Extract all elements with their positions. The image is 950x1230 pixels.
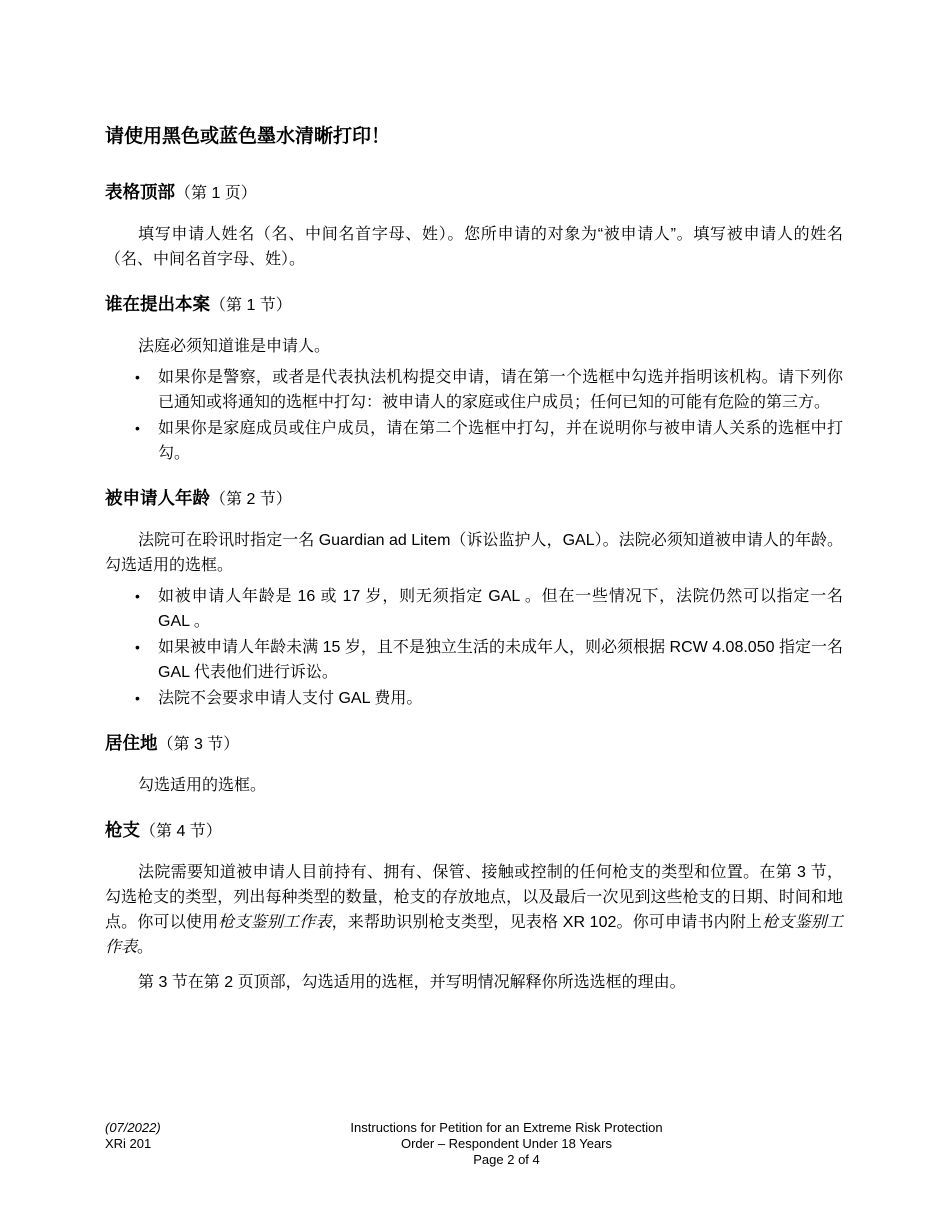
section-title-suffix: （第 1 节） <box>210 297 292 314</box>
section-residence: 居住地（第 3 节） 勾选适用的选框。 <box>105 731 843 798</box>
text-run: ，来帮助识别枪支类型，见表格 XR 102。你可申请书内附上 <box>332 914 763 931</box>
revision-date: (07/2022) <box>105 1120 270 1136</box>
section-respondent-age: 被申请人年龄（第 2 节） 法院可在聆讯时指定一名 Guardian ad Li… <box>105 486 843 711</box>
paragraph: 第 3 节在第 2 页顶部，勾选适用的选框，并写明情况解释你所选选框的理由。 <box>105 970 843 995</box>
list-item-text: 如被申请人年龄是 16 或 17 岁，则无须指定 GAL 。但在一些情况下，法院… <box>158 588 843 630</box>
section-heading: 谁在提出本案（第 1 节） <box>105 292 843 318</box>
section-heading: 居住地（第 3 节） <box>105 731 843 757</box>
list-item: •法院不会要求申请人支付 GAL 费用。 <box>105 686 843 711</box>
footer-form-info: (07/2022) XRi 201 <box>105 1120 270 1168</box>
footer-spacer <box>743 1120 843 1168</box>
form-number: XRi 201 <box>105 1136 270 1152</box>
section-title: 居住地 <box>105 733 158 753</box>
bullet-list: •如被申请人年龄是 16 或 17 岁，则无须指定 GAL 。但在一些情况下，法… <box>105 584 843 711</box>
main-heading: 请使用黑色或蓝色墨水清晰打印！ <box>105 124 843 150</box>
section-form-top: 表格顶部（第 1 页） 填写申请人姓名（名、中间名首字母、姓）。您所申请的对象为… <box>105 180 843 272</box>
paragraph: 法庭必须知道谁是申请人。 <box>105 334 843 359</box>
bullet-list: •如果你是警察，或者是代表执法机构提交申请，请在第一个选框中勾选并指明该机构。请… <box>105 365 843 466</box>
paragraph: 填写申请人姓名（名、中间名首字母、姓）。您所申请的对象为“被申请人”。填写被申请… <box>105 222 843 272</box>
footer-document-title: Instructions for Petition for an Extreme… <box>270 1120 743 1168</box>
bullet-icon: • <box>135 584 140 609</box>
section-title-suffix: （第 2 节） <box>210 491 292 508</box>
list-item: •如果你是家庭成员或住户成员，请在第二个选框中打勾，并在说明你与被申请人关系的选… <box>105 416 843 466</box>
list-item-text: 法院不会要求申请人支付 GAL 费用。 <box>158 690 422 707</box>
paragraph: 法院可在聆讯时指定一名 Guardian ad Litem（诉讼监护人，GAL）… <box>105 528 843 578</box>
footer-title-line1: Instructions for Petition for an Extreme… <box>270 1120 743 1136</box>
bullet-icon: • <box>135 416 140 441</box>
list-item: •如被申请人年龄是 16 或 17 岁，则无须指定 GAL 。但在一些情况下，法… <box>105 584 843 634</box>
list-item: •如果你是警察，或者是代表执法机构提交申请，请在第一个选框中勾选并指明该机构。请… <box>105 365 843 415</box>
section-title: 表格顶部 <box>105 182 175 202</box>
footer-title-line2: Order – Respondent Under 18 Years <box>270 1136 743 1152</box>
section-title: 被申请人年龄 <box>105 488 210 508</box>
list-item-text: 如果你是家庭成员或住户成员，请在第二个选框中打勾，并在说明你与被申请人关系的选框… <box>158 420 843 462</box>
page-footer: (07/2022) XRi 201 Instructions for Petit… <box>105 1120 843 1168</box>
section-title-suffix: （第 3 节） <box>158 736 240 753</box>
section-title: 谁在提出本案 <box>105 294 210 314</box>
section-title: 枪支 <box>105 820 140 840</box>
section-firearms: 枪支（第 4 节） 法院需要知道被申请人目前持有、拥有、保管、接触或控制的任何枪… <box>105 818 843 995</box>
section-title-suffix: （第 4 节） <box>140 823 222 840</box>
section-heading: 被申请人年龄（第 2 节） <box>105 486 843 512</box>
bullet-icon: • <box>135 686 140 711</box>
bullet-icon: • <box>135 365 140 390</box>
text-run: 。 <box>137 939 153 956</box>
section-title-suffix: （第 1 页） <box>175 185 257 202</box>
list-item-text: 如果你是警察，或者是代表执法机构提交申请，请在第一个选框中勾选并指明该机构。请下… <box>158 369 843 411</box>
section-who-is-filing: 谁在提出本案（第 1 节） 法庭必须知道谁是申请人。 •如果你是警察，或者是代表… <box>105 292 843 466</box>
list-item: •如果被申请人年龄未满 15 岁，且不是独立生活的未成年人，则必须根据 RCW … <box>105 635 843 685</box>
worksheet-title-italic: 枪支鉴别工作表 <box>218 914 331 931</box>
document-page: 请使用黑色或蓝色墨水清晰打印！ 表格顶部（第 1 页） 填写申请人姓名（名、中间… <box>0 0 950 1230</box>
list-item-text: 如果被申请人年龄未满 15 岁，且不是独立生活的未成年人，则必须根据 RCW 4… <box>158 639 843 681</box>
paragraph: 法院需要知道被申请人目前持有、拥有、保管、接触或控制的任何枪支的类型和位置。在第… <box>105 860 843 960</box>
paragraph: 勾选适用的选框。 <box>105 773 843 798</box>
section-heading: 枪支（第 4 节） <box>105 818 843 844</box>
section-heading: 表格顶部（第 1 页） <box>105 180 843 206</box>
page-indicator: Page 2 of 4 <box>270 1152 743 1168</box>
bullet-icon: • <box>135 635 140 660</box>
